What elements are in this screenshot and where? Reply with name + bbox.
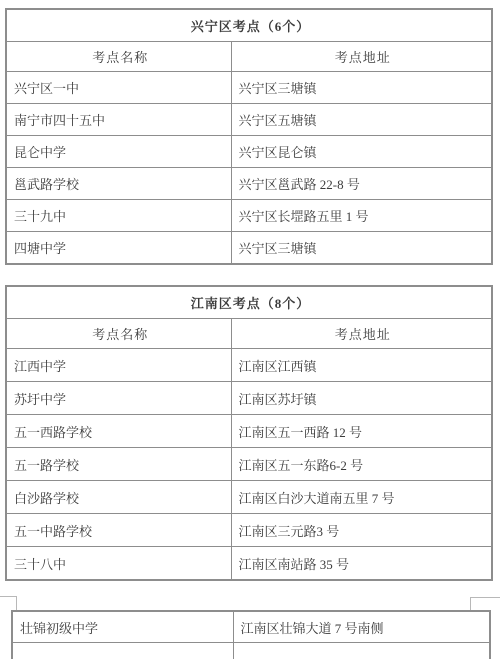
site-address-cell: 兴宁区三塘镇 — [231, 232, 492, 265]
table-row: 四塘中学 兴宁区三塘镇 — [6, 232, 492, 265]
table-title-row: 江南区考点（8个） — [6, 286, 492, 319]
site-address-cell: 兴宁区三塘镇 — [231, 72, 492, 104]
site-name-cell: 邕武路学校 — [6, 168, 231, 200]
site-name-cell: 五一西路学校 — [6, 415, 231, 448]
site-address-cell: 兴宁区长堽路五里 1 号 — [231, 200, 492, 232]
table-header-row: 考点名称 考点地址 — [6, 42, 492, 72]
table-row: 五一中路学校 江南区三元路3 号 — [6, 514, 492, 547]
exam-sites-table-continued: 壮锦初级中学 江南区壮锦大道 7 号南侧 — [11, 610, 491, 659]
table-row: 三十八中 江南区南站路 35 号 — [6, 547, 492, 581]
site-name-cell: 苏圩中学 — [6, 382, 231, 415]
table-row: 邕武路学校 兴宁区邕武路 22-8 号 — [6, 168, 492, 200]
site-address-cell: 江南区南站路 35 号 — [231, 547, 492, 581]
site-name-cell: 五一路学校 — [6, 448, 231, 481]
table-row: 江西中学 江南区江西镇 — [6, 349, 492, 382]
table-row: 苏圩中学 江南区苏圩镇 — [6, 382, 492, 415]
table-row: 白沙路学校 江南区白沙大道南五里 7 号 — [6, 481, 492, 514]
site-address-cell: 江南区壮锦大道 7 号南侧 — [233, 611, 490, 643]
page-break-corner-right — [470, 597, 500, 611]
site-name-cell: 南宁市四十五中 — [6, 104, 231, 136]
site-name-cell: 三十八中 — [6, 547, 231, 581]
site-address-cell: 江南区五一西路 12 号 — [231, 415, 492, 448]
table-row: 壮锦初级中学 江南区壮锦大道 7 号南侧 — [12, 611, 490, 643]
table-row: 南宁市四十五中 兴宁区五塘镇 — [6, 104, 492, 136]
site-name-cell: 昆仑中学 — [6, 136, 231, 168]
document-page: 兴宁区考点（6个） 考点名称 考点地址 兴宁区一中 兴宁区三塘镇 南宁市四十五中… — [0, 0, 500, 659]
site-address-cell: 兴宁区昆仑镇 — [231, 136, 492, 168]
site-name-cell: 壮锦初级中学 — [12, 611, 233, 643]
empty-cell — [12, 643, 233, 659]
site-address-cell: 江南区五一东路6-2 号 — [231, 448, 492, 481]
exam-sites-table-xingning: 兴宁区考点（6个） 考点名称 考点地址 兴宁区一中 兴宁区三塘镇 南宁市四十五中… — [5, 8, 493, 265]
site-name-cell: 三十九中 — [6, 200, 231, 232]
table-row: 三十九中 兴宁区长堽路五里 1 号 — [6, 200, 492, 232]
table-row: 五一路学校 江南区五一东路6-2 号 — [6, 448, 492, 481]
table-row: 昆仑中学 兴宁区昆仑镇 — [6, 136, 492, 168]
column-header-site-name: 考点名称 — [6, 319, 231, 349]
table-title: 江南区考点（8个） — [6, 286, 492, 319]
column-header-site-address: 考点地址 — [231, 42, 492, 72]
empty-cell — [233, 643, 490, 659]
table-title: 兴宁区考点（6个） — [6, 9, 492, 42]
table-title-row: 兴宁区考点（6个） — [6, 9, 492, 42]
site-address-cell: 兴宁区邕武路 22-8 号 — [231, 168, 492, 200]
site-address-cell: 江南区江西镇 — [231, 349, 492, 382]
site-name-cell: 白沙路学校 — [6, 481, 231, 514]
page-break-corner-left — [0, 596, 17, 610]
site-name-cell: 五一中路学校 — [6, 514, 231, 547]
site-address-cell: 兴宁区五塘镇 — [231, 104, 492, 136]
column-header-site-name: 考点名称 — [6, 42, 231, 72]
site-name-cell: 江西中学 — [6, 349, 231, 382]
site-address-cell: 江南区苏圩镇 — [231, 382, 492, 415]
site-name-cell: 四塘中学 — [6, 232, 231, 265]
column-header-site-address: 考点地址 — [231, 319, 492, 349]
table-row: 五一西路学校 江南区五一西路 12 号 — [6, 415, 492, 448]
exam-sites-table-jiangnan: 江南区考点（8个） 考点名称 考点地址 江西中学 江南区江西镇 苏圩中学 江南区… — [5, 285, 493, 581]
site-address-cell: 江南区白沙大道南五里 7 号 — [231, 481, 492, 514]
table-row-clipped — [12, 643, 490, 659]
site-name-cell: 兴宁区一中 — [6, 72, 231, 104]
table-row: 兴宁区一中 兴宁区三塘镇 — [6, 72, 492, 104]
table-header-row: 考点名称 考点地址 — [6, 319, 492, 349]
site-address-cell: 江南区三元路3 号 — [231, 514, 492, 547]
